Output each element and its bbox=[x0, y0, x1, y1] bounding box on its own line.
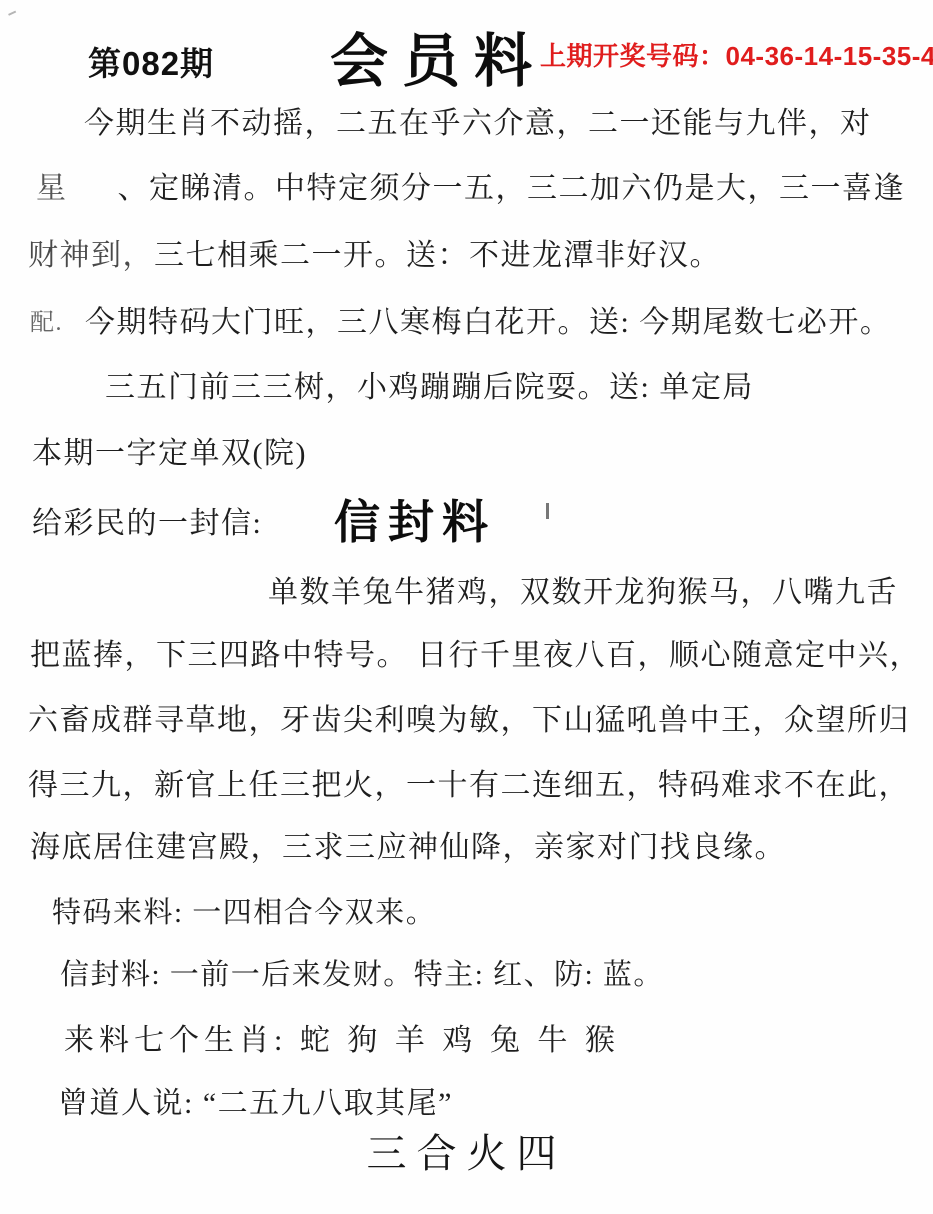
issue-number: 第082期 bbox=[88, 38, 214, 85]
letter-line: 单数羊兔牛猪鸡，双数开龙狗猴马，八嘴九舌 bbox=[268, 567, 898, 611]
faded-lead-char: 星 bbox=[36, 172, 68, 205]
verse-line: 三五门前三三树，小鸡蹦蹦后院耍。送: 单定局 bbox=[105, 362, 754, 406]
zodiac-list: 蛇 狗 羊 鸡 兔 牛 猴 bbox=[300, 1024, 620, 1057]
special-code-tip: 特码来料: 一四相合今双来。 bbox=[52, 890, 436, 931]
letter-line: 海底居住建宫殿，三求三应神仙降，亲家对门找良缘。 bbox=[30, 822, 786, 866]
lottery-tip-sheet: 第082期 会员料 上期开奖号码：04-36-14-15-35-41+17 今期… bbox=[0, 0, 933, 1214]
verse-line: 今期生肖不动摇，二五在乎六介意，二一还能与九伴，对 bbox=[84, 98, 872, 142]
master-quote: 曾道人说: “二五九八取其尾” bbox=[58, 1078, 453, 1122]
previous-draw-numbers: 上期开奖号码：04-36-14-15-35-41+17 bbox=[540, 36, 933, 73]
verse-line: 财神到，三七相乘二一开。送：不进龙潭非好汉。 bbox=[28, 230, 721, 274]
faded-lead-char: 财神到， bbox=[28, 239, 154, 272]
faded-lead-char: 配. bbox=[30, 310, 63, 336]
page-title: 会员料 bbox=[330, 14, 546, 98]
verse-text: 、定睇清。中特定须分一五，三二加六仍是大，三一喜逢 bbox=[118, 172, 906, 205]
verse-text: 今期特码大门旺，三八寒梅白花开。送: 今期尾数七必开。 bbox=[85, 306, 891, 339]
zodiac-label: 来料七个生肖: bbox=[64, 1024, 300, 1057]
envelope-section-title: 信封料 bbox=[334, 486, 496, 552]
footer-hint: 三合火四 bbox=[0, 1122, 933, 1179]
verse-line: 配.今期特码大门旺，三八寒梅白花开。送: 今期尾数七必开。 bbox=[30, 297, 891, 341]
odd-even-hint-line: 本期一字定单双(院) bbox=[32, 428, 307, 472]
letter-label: 给彩民的一封信: bbox=[32, 498, 262, 542]
scan-artifact-mark bbox=[8, 11, 18, 20]
zodiac-tip: 来料七个生肖: 蛇 狗 羊 鸡 兔 牛 猴 bbox=[64, 1015, 620, 1059]
envelope-tip: 信封料: 一前一后来发财。特主: 红、防: 蓝。 bbox=[60, 952, 664, 993]
letter-line: 六畜成群寻草地，牙齿尖利嗅为敏，下山猛吼兽中王，众望所归 bbox=[28, 695, 910, 739]
verse-line: 星、定睇清。中特定须分一五，三二加六仍是大，三一喜逢 bbox=[36, 163, 905, 207]
stray-ink-mark bbox=[546, 503, 549, 519]
verse-text: 三七相乘二一开。送：不进龙潭非好汉。 bbox=[154, 239, 721, 272]
letter-line: 得三九，新官上任三把火，一十有二连细五，特码难求不在此， bbox=[28, 760, 910, 804]
letter-line: 把蓝捧，下三四路中特号。 日行千里夜八百，顺心随意定中兴， bbox=[30, 630, 921, 674]
